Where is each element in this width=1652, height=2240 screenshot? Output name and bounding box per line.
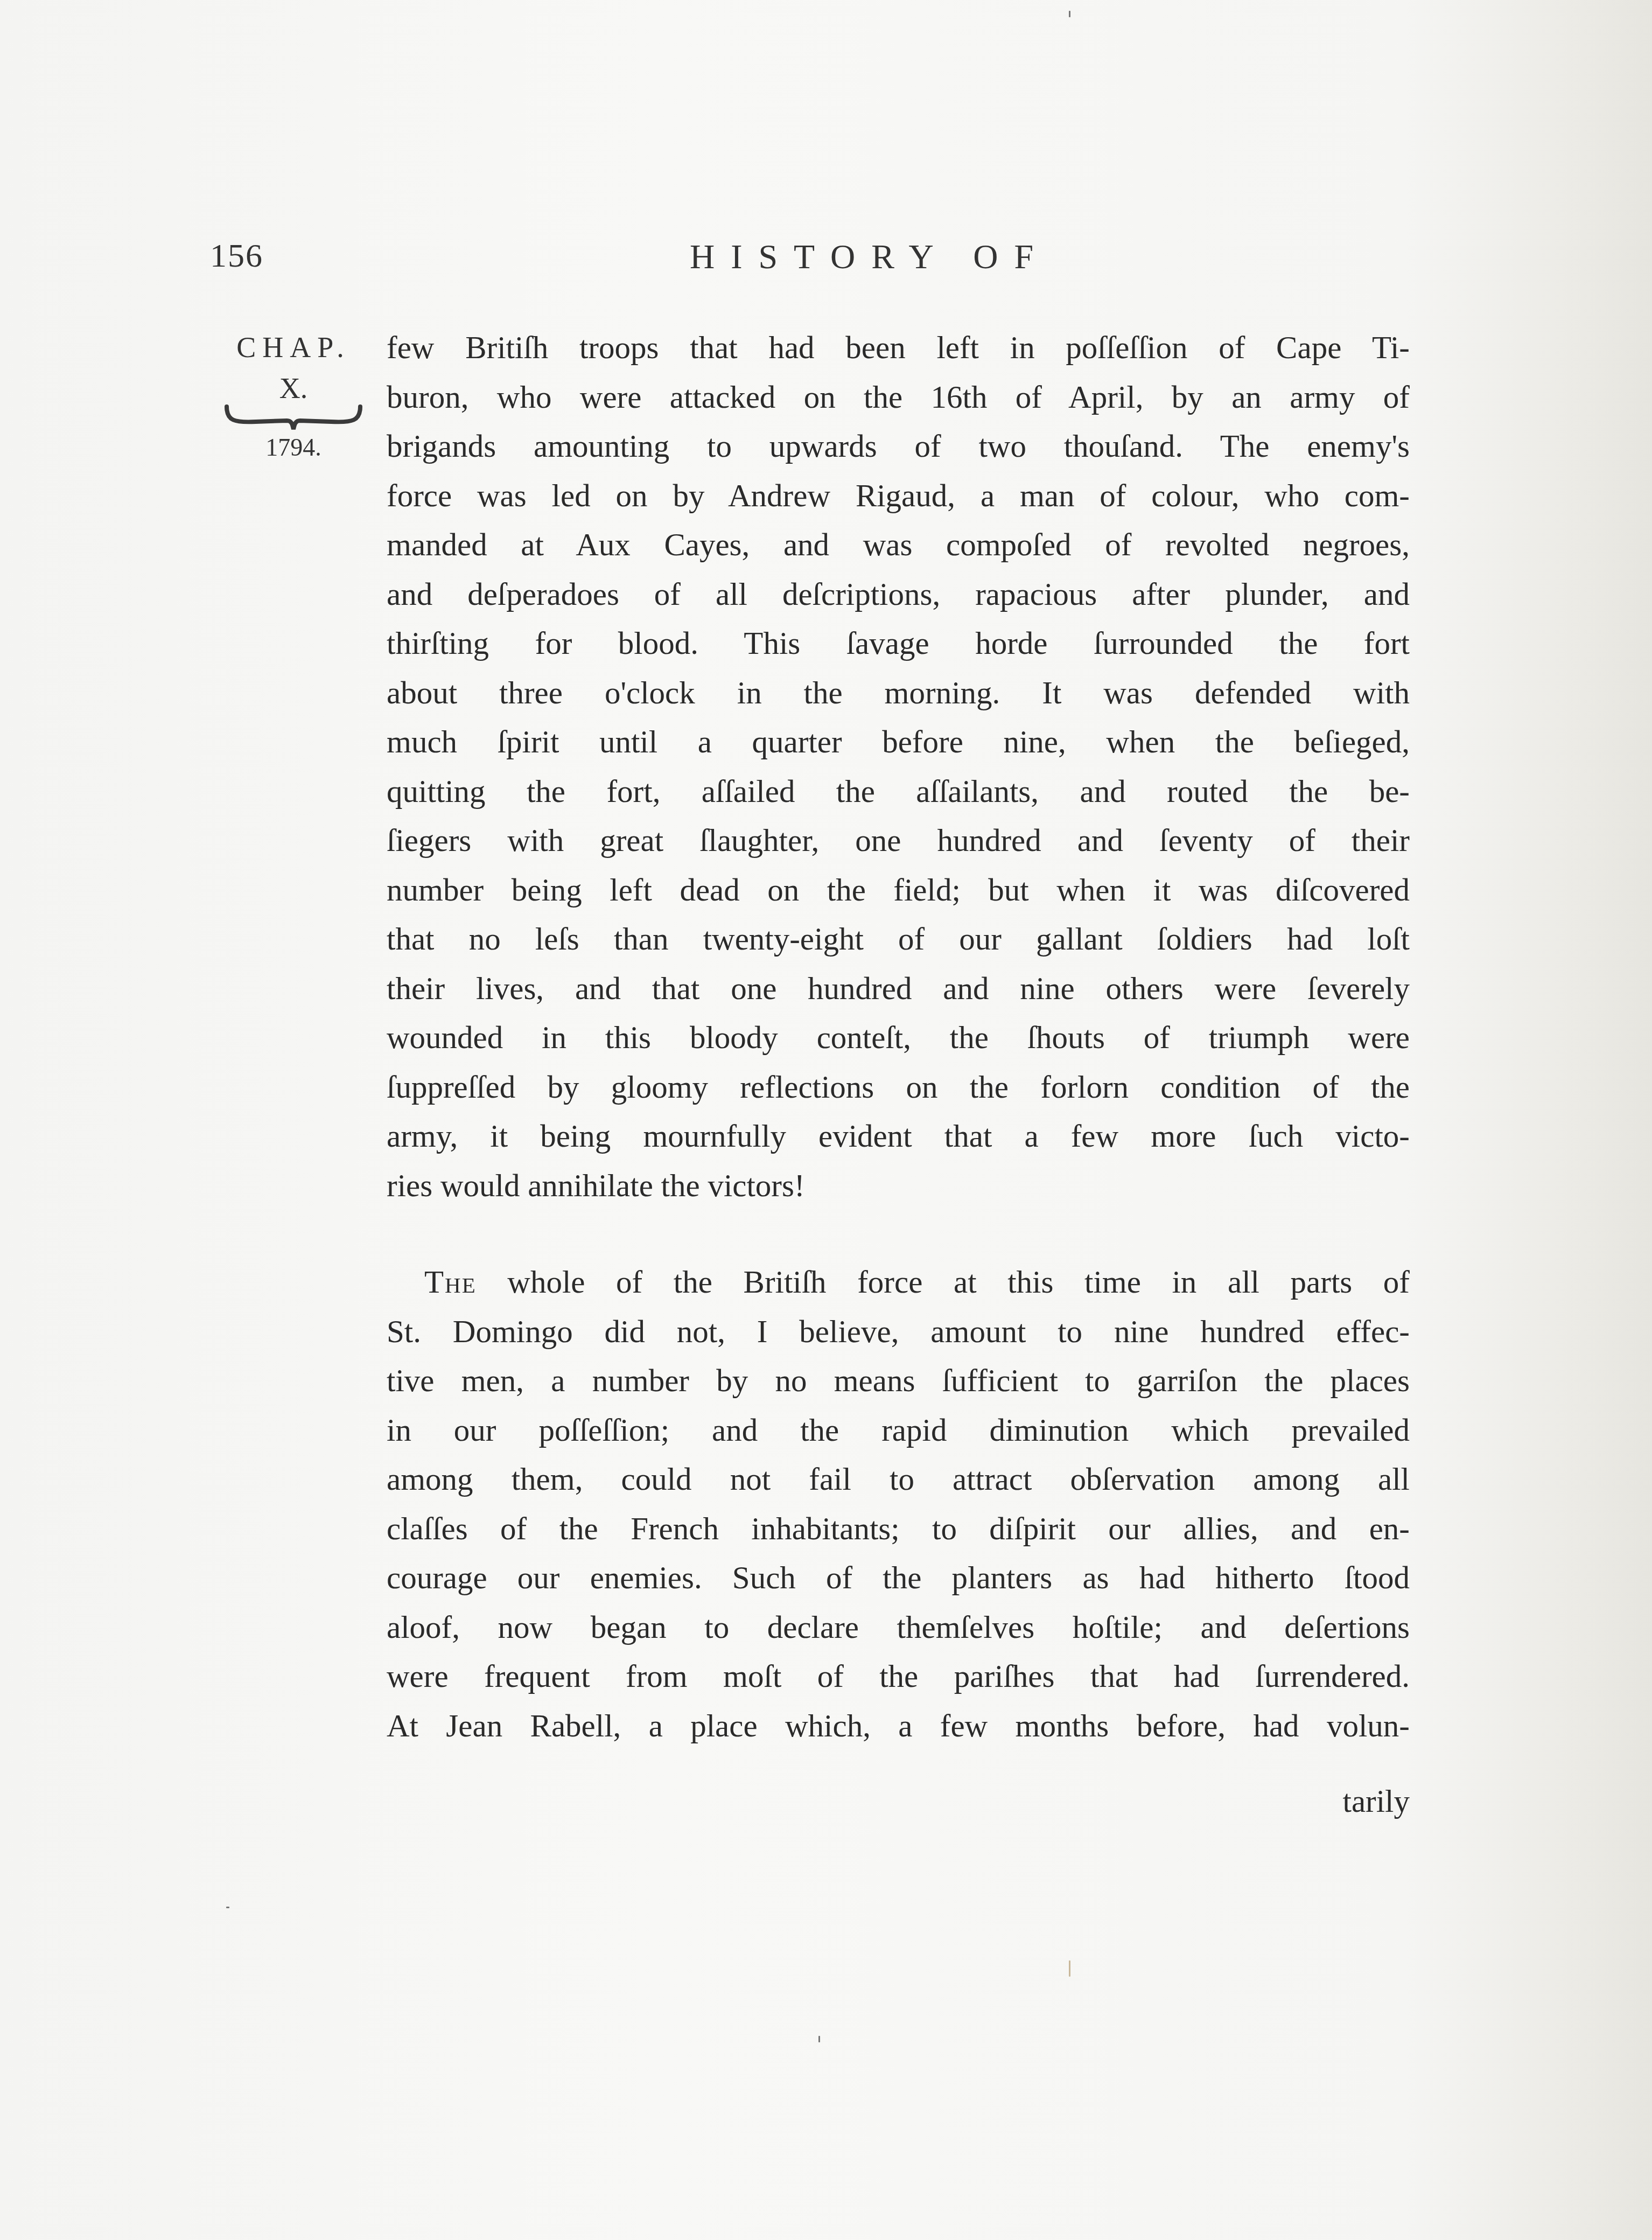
text-line: about three o'clock in the morning. It w… [387,668,1410,718]
text-line: army, it being mournfully evident that a… [387,1112,1410,1161]
text-line: ries would annihilate the victors! [387,1161,1410,1211]
text-line: that no leſs than twenty-eight of our ga… [387,915,1410,964]
book-page: 156 HISTORY OF CHAP. X. 1794. few Britiſ… [0,0,1652,2240]
text-line: and deſperadoes of all deſcriptions, rap… [387,570,1410,619]
text-line: thirſting for blood. This ſavage horde ſ… [387,619,1410,668]
text-line: were frequent from moſt of the pariſhes … [387,1652,1410,1701]
paper-speck [818,2036,820,2042]
margin-note: CHAP. X. 1794. [205,323,382,464]
text-line: number being left dead on the field; but… [387,866,1410,915]
text-line: few Britiſh troops that had been left in… [387,323,1410,373]
catchword: tarily [1238,1783,1410,1820]
text-line: At Jean Rabell, a place which, a few mon… [387,1701,1410,1751]
text-line: ſiegers with great ſlaughter, one hundre… [387,816,1410,866]
text-line: St. Domingo did not, I believe, amount t… [387,1307,1410,1357]
text-line: tive men, a number by no means ſufficien… [387,1356,1410,1406]
lead-smallcaps: The [424,1264,477,1300]
chapter-number: X. [205,372,382,404]
text-line: brigands amounting to upwards of two tho… [387,422,1410,471]
running-title: HISTORY OF [205,237,1411,277]
line-rest: whole of the Britiſh force at this time … [477,1264,1410,1300]
text-line: ſuppreſſed by gloomy reflections on the … [387,1063,1410,1112]
chapter-label: CHAP. [205,323,382,372]
paragraph-1: few Britiſh troops that had been left in… [387,323,1410,1210]
paper-speck [1069,11,1070,17]
curly-brace-icon [223,404,363,431]
text-line: in our poſſeſſion; and the rapid diminut… [387,1406,1410,1455]
paper-speck [226,1907,229,1908]
margin-year: 1794. [205,431,382,464]
paragraph-gap [387,1210,1410,1258]
text-line: force was led on by Andrew Rigaud, a man… [387,471,1410,521]
text-line: their lives, and that one hundred and ni… [387,964,1410,1014]
text-line: among them, could not fail to attract ob… [387,1455,1410,1504]
text-line: buron, who were attacked on the 16th of … [387,373,1410,422]
running-head: 156 HISTORY OF [205,237,1411,285]
paper-speck [1069,1960,1070,1977]
paragraph-2: The whole of the Britiſh force at this t… [387,1258,1410,1750]
text-line-first: The whole of the Britiſh force at this t… [387,1258,1410,1307]
text-line: manded at Aux Cayes, and was compoſed of… [387,520,1410,570]
text-line: much ſpirit until a quarter before nine,… [387,717,1410,767]
text-line: courage our enemies. Such of the planter… [387,1553,1410,1603]
body-text: few Britiſh troops that had been left in… [387,323,1410,1750]
text-line: quitting the fort, aſſailed the aſſailan… [387,767,1410,817]
text-line: claſſes of the French inhabitants; to di… [387,1504,1410,1554]
text-line: aloof, now began to declare themſelves h… [387,1603,1410,1652]
text-line: wounded in this bloody conteſt, the ſhou… [387,1013,1410,1063]
